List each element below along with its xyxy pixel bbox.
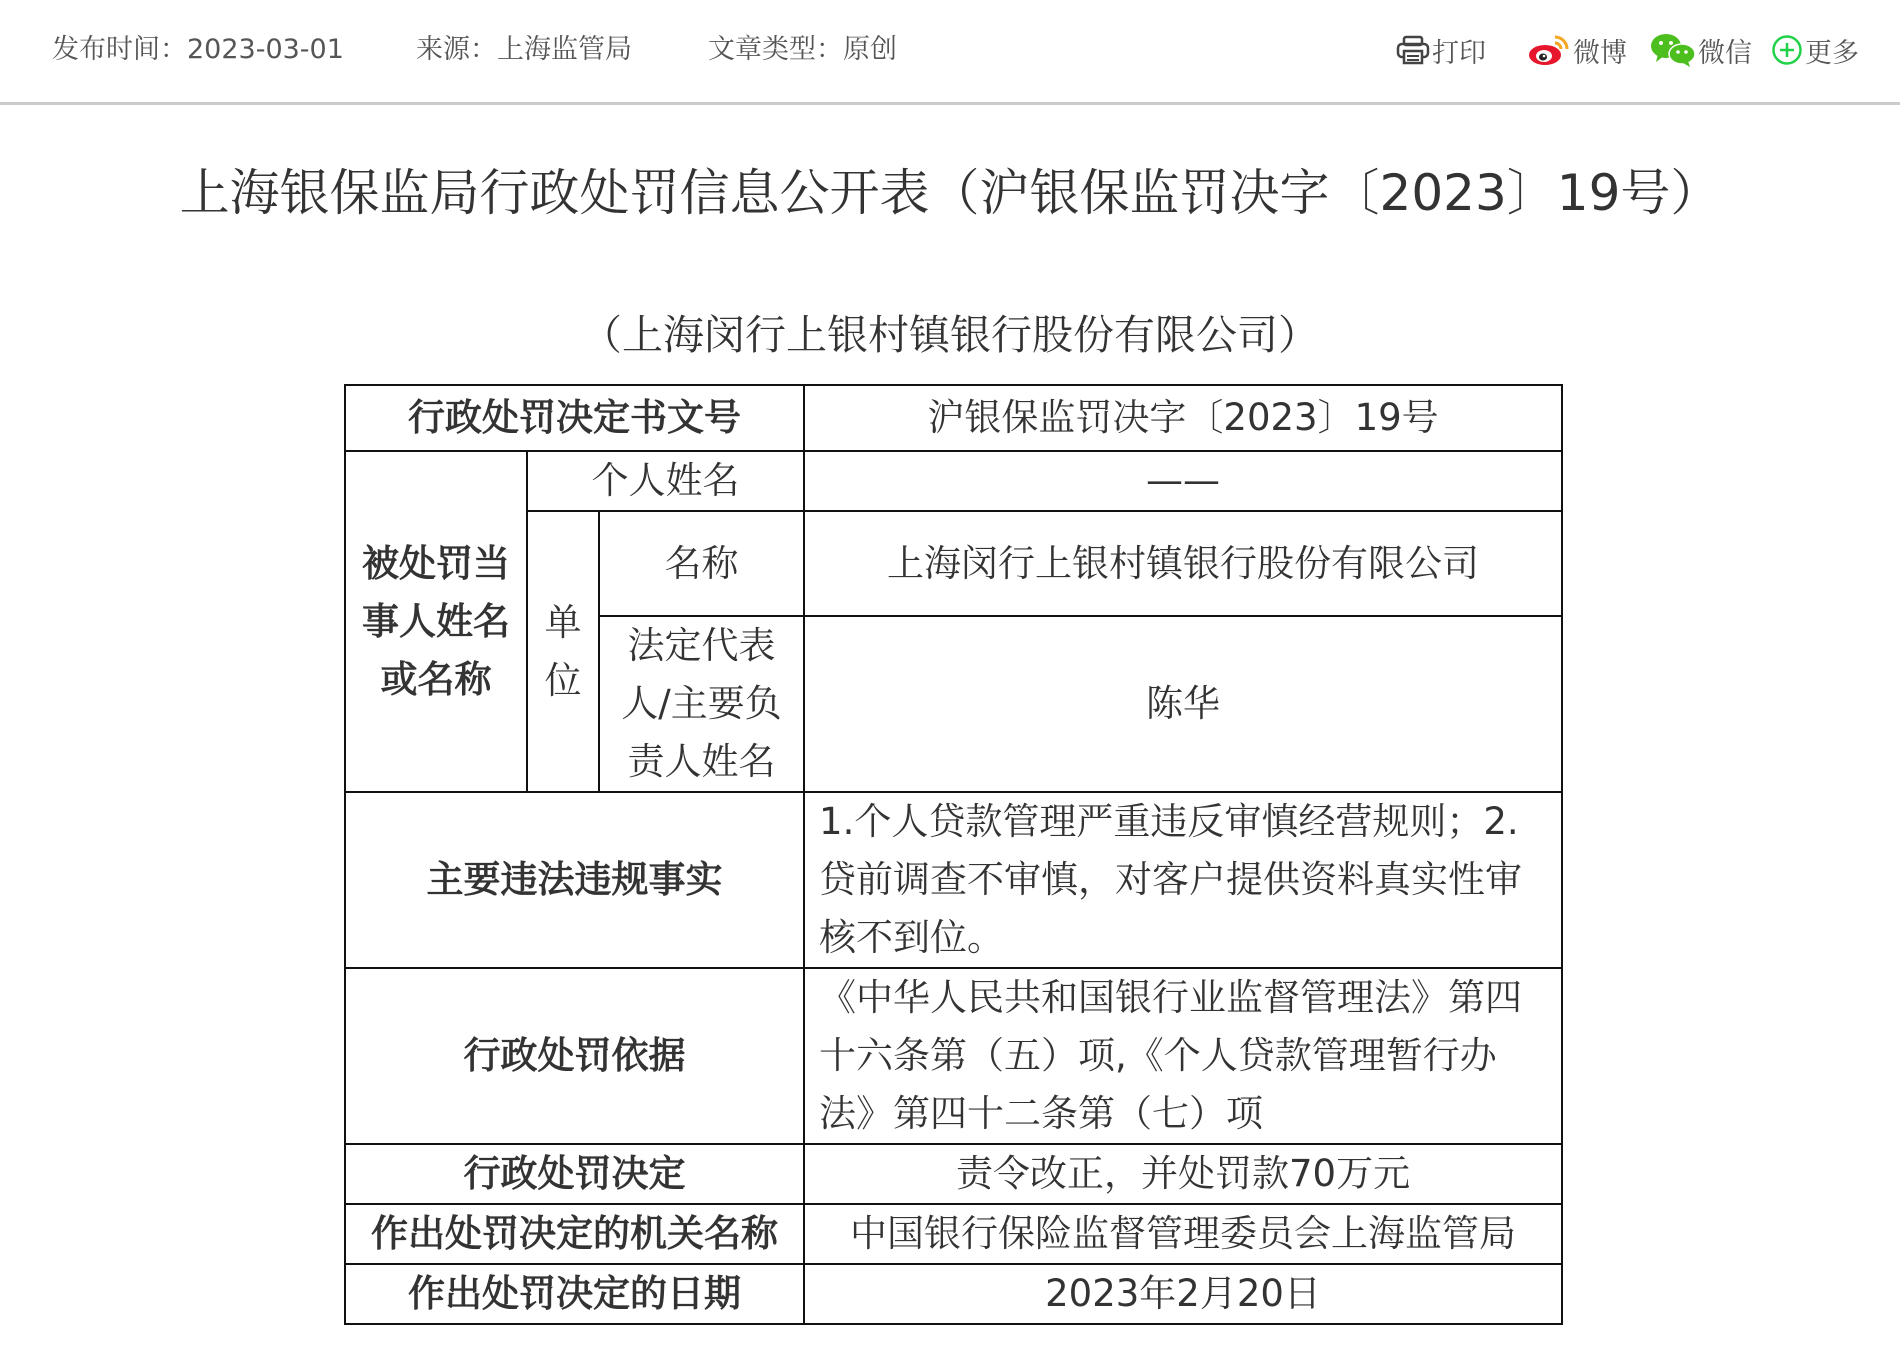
- page-title: 上海银保监局行政处罚信息公开表（沪银保监罚决字〔2023〕19号）: [0, 158, 1900, 228]
- share-wechat-button[interactable]: 微信: [1650, 28, 1752, 72]
- table-row: 被处罚当 事人姓名 或名称 个人姓名 ——: [345, 451, 1562, 511]
- weibo-label: 微博: [1573, 31, 1627, 70]
- table-row: 行政处罚决定 责令改正，并处罚款70万元: [345, 1144, 1562, 1204]
- unit-label-line: 单: [528, 594, 598, 652]
- unit-label-line: 位: [528, 652, 598, 710]
- print-label: 打印: [1432, 31, 1486, 70]
- article-meta-bar: 发布时间：2023-03-01 来源：上海监管局 文章类型：原创 打印: [0, 0, 1900, 105]
- date-label: 作出处罚决定的日期: [345, 1264, 804, 1324]
- facts-value: 1.个人贷款管理严重违反审慎经营规则；2.贷前调查不审慎，对客户提供资料真实性审…: [804, 792, 1562, 968]
- penalty-info-table: 行政处罚决定书文号 沪银保监罚决字〔2023〕19号 被处罚当 事人姓名 或名称…: [344, 384, 1563, 1325]
- page-subtitle: （上海闵行上银村镇银行股份有限公司）: [0, 305, 1900, 365]
- authority-value: 中国银行保险监督管理委员会上海监管局: [804, 1204, 1562, 1264]
- doc-no-value: 沪银保监罚决字〔2023〕19号: [804, 385, 1562, 451]
- wechat-icon: [1650, 32, 1698, 68]
- table-row: 单 位 名称 上海闵行上银村镇银行股份有限公司: [345, 511, 1562, 616]
- unit-name-label: 名称: [599, 511, 804, 616]
- individual-name-value: ——: [804, 451, 1562, 511]
- table-row: 行政处罚依据 《中华人民共和国银行业监督管理法》第四十六条第（五）项,《个人贷款…: [345, 968, 1562, 1144]
- party-label-line: 事人姓名: [346, 593, 526, 651]
- legal-rep-label: 法定代表 人/主要负 责人姓名: [599, 616, 804, 792]
- party-label-line: 或名称: [346, 651, 526, 709]
- table-row: 行政处罚决定书文号 沪银保监罚决字〔2023〕19号: [345, 385, 1562, 451]
- table-row: 作出处罚决定的机关名称 中国银行保险监督管理委员会上海监管局: [345, 1204, 1562, 1264]
- wechat-label: 微信: [1698, 31, 1752, 70]
- plus-circle-icon: [1771, 34, 1805, 66]
- share-weibo-button[interactable]: 微博: [1527, 28, 1627, 72]
- party-label-line: 被处罚当: [346, 535, 526, 593]
- legal-rep-value: 陈华: [804, 616, 1562, 792]
- individual-name-label: 个人姓名: [527, 451, 804, 511]
- unit-name-value: 上海闵行上银村镇银行股份有限公司: [804, 511, 1562, 616]
- decision-label: 行政处罚决定: [345, 1144, 804, 1204]
- print-button[interactable]: 打印: [1396, 28, 1486, 72]
- weibo-icon: [1527, 33, 1573, 67]
- table-row: 作出处罚决定的日期 2023年2月20日: [345, 1264, 1562, 1324]
- article-type: 文章类型：原创: [708, 30, 897, 70]
- facts-label: 主要违法违规事实: [345, 792, 804, 968]
- more-label: 更多: [1805, 31, 1859, 70]
- publish-time: 发布时间：2023-03-01: [52, 30, 344, 70]
- source: 来源：上海监管局: [416, 30, 632, 70]
- doc-no-label: 行政处罚决定书文号: [345, 385, 804, 451]
- legal-rep-label-line: 法定代表: [600, 617, 803, 675]
- basis-label: 行政处罚依据: [345, 968, 804, 1144]
- authority-label: 作出处罚决定的机关名称: [345, 1204, 804, 1264]
- basis-value: 《中华人民共和国银行业监督管理法》第四十六条第（五）项,《个人贷款管理暂行办法》…: [804, 968, 1562, 1144]
- date-value: 2023年2月20日: [804, 1264, 1562, 1324]
- printer-icon: [1396, 35, 1432, 65]
- table-row: 主要违法违规事实 1.个人贷款管理严重违反审慎经营规则；2.贷前调查不审慎，对客…: [345, 792, 1562, 968]
- legal-rep-label-line: 人/主要负: [600, 675, 803, 733]
- decision-value: 责令改正，并处罚款70万元: [804, 1144, 1562, 1204]
- unit-label: 单 位: [527, 511, 599, 792]
- legal-rep-label-line: 责人姓名: [600, 733, 803, 791]
- share-more-button[interactable]: 更多: [1771, 28, 1859, 72]
- party-label: 被处罚当 事人姓名 或名称: [345, 451, 527, 792]
